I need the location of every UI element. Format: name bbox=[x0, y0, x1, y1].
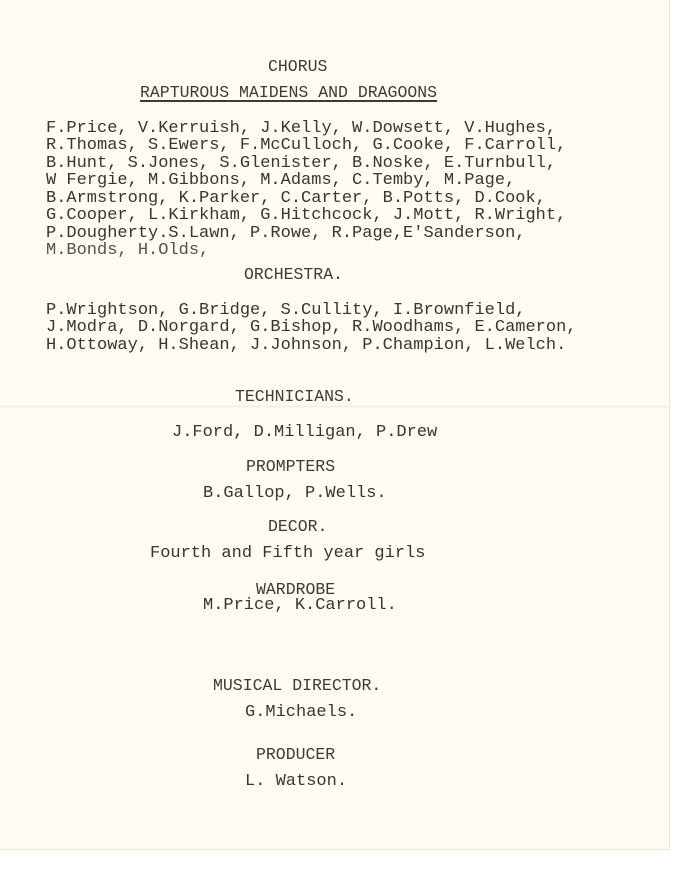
chorus-line: G.Cooper, L.Kirkham, G.Hitchcock, J.Mott… bbox=[46, 207, 566, 225]
decor-names: Fourth and Fifth year girls bbox=[150, 545, 425, 563]
prompters-heading: PROMPTERS bbox=[246, 458, 335, 476]
chorus-line: M.Bonds, H.Olds, bbox=[46, 242, 209, 260]
chorus-subheading: RAPTUROUS MAIDENS AND DRAGOONS bbox=[140, 84, 437, 102]
chorus-line: W Fergie, M.Gibbons, M.Adams, C.Temby, M… bbox=[46, 172, 515, 190]
decor-heading: DECOR. bbox=[268, 518, 327, 536]
producer-name: L. Watson. bbox=[245, 773, 347, 791]
chorus-line: R.Thomas, S.Ewers, F.McCulloch, G.Cooke,… bbox=[46, 137, 566, 155]
typed-page: CHORUS RAPTUROUS MAIDENS AND DRAGOONS F.… bbox=[0, 0, 670, 850]
orchestra-heading: ORCHESTRA. bbox=[244, 266, 343, 284]
musical-director-heading: MUSICAL DIRECTOR. bbox=[213, 677, 381, 695]
prompters-names: B.Gallop, P.Wells. bbox=[203, 485, 387, 503]
technicians-heading: TECHNICIANS. bbox=[235, 388, 354, 406]
orchestra-line: J.Modra, D.Norgard, G.Bishop, R.Woodhams… bbox=[46, 319, 577, 337]
producer-heading: PRODUCER bbox=[256, 746, 335, 764]
technicians-names: J.Ford, D.Milligan, P.Drew bbox=[172, 424, 437, 442]
wardrobe-names: M.Price, K.Carroll. bbox=[203, 597, 397, 615]
orchestra-line: H.Ottoway, H.Shean, J.Johnson, P.Champio… bbox=[46, 337, 566, 355]
chorus-heading: CHORUS bbox=[268, 58, 327, 76]
musical-director-name: G.Michaels. bbox=[245, 704, 357, 722]
